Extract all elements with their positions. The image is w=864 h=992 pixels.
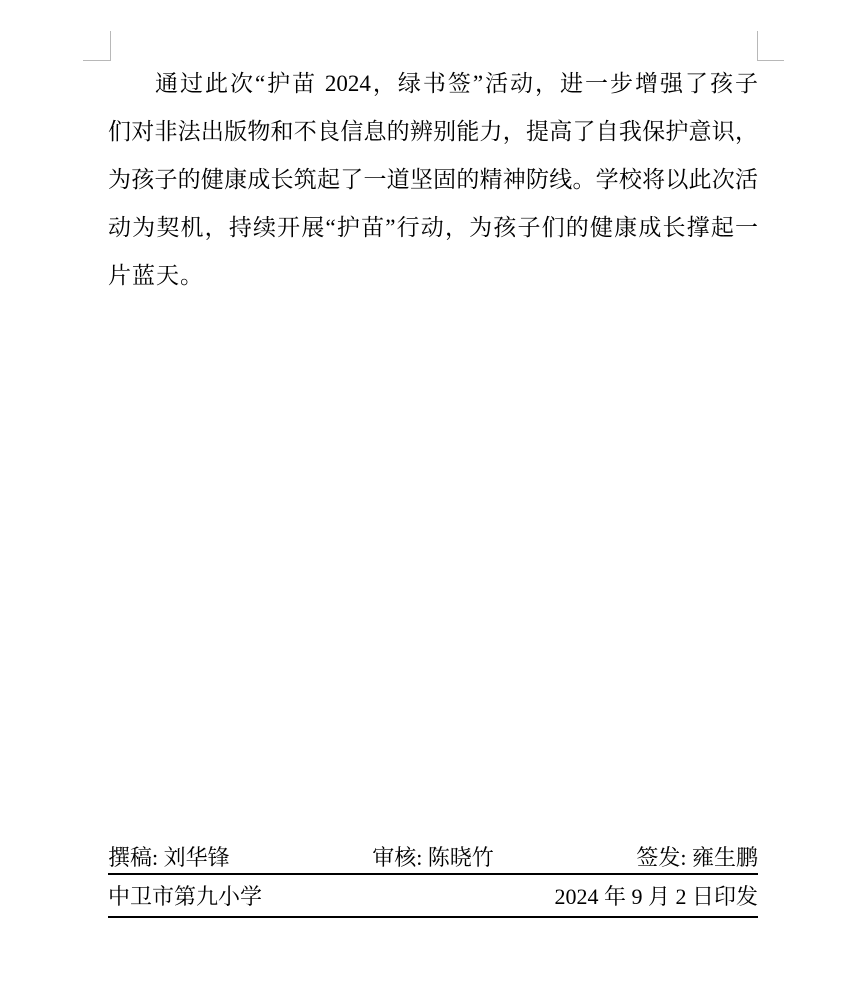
document-page: 通过此次“护苗 2024，绿书签”活动，进一步增强了孩子 们对非法出版物和不良信… <box>0 0 864 992</box>
footer-signatures-row: 撰稿: 刘华锋 审核: 陈晓竹 签发: 雍生鹏 <box>108 840 758 875</box>
paragraph-line-5: 片蓝天。 <box>108 252 758 300</box>
margin-corner-mark-top-left <box>83 31 111 61</box>
print-date: 2024 年 9 月 2 日印发 <box>554 880 758 911</box>
footer-issue-row: 中卫市第九小学 2024 年 9 月 2 日印发 <box>108 875 758 918</box>
document-footer: 撰稿: 刘华锋 审核: 陈晓竹 签发: 雍生鹏 中卫市第九小学 2024 年 9… <box>108 840 758 918</box>
drafter-label: 撰稿: 刘华锋 <box>108 841 230 872</box>
paragraph-line-1: 通过此次“护苗 2024，绿书签”活动，进一步增强了孩子 <box>108 60 758 108</box>
paragraph-line-2: 们对非法出版物和不良信息的辨别能力，提高了自我保护意识， <box>108 108 758 156</box>
paragraph-line-4: 动为契机，持续开展“护苗”行动，为孩子们的健康成长撑起一 <box>108 204 758 252</box>
margin-corner-mark-top-right <box>757 31 784 61</box>
reviewer-label: 审核: 陈晓竹 <box>372 841 494 872</box>
issuer-label: 签发: 雍生鹏 <box>636 841 758 872</box>
organization-name: 中卫市第九小学 <box>108 880 262 911</box>
paragraph-line-3: 为孩子的健康成长筑起了一道坚固的精神防线。学校将以此次活 <box>108 156 758 204</box>
body-paragraph: 通过此次“护苗 2024，绿书签”活动，进一步增强了孩子 们对非法出版物和不良信… <box>108 60 758 300</box>
